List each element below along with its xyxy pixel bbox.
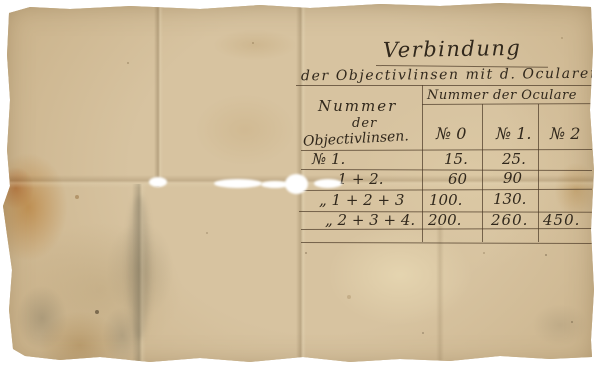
fold-crease-vertical-left-top <box>154 0 163 187</box>
column-header-2: № 2 <box>550 126 580 142</box>
table-line-top <box>296 85 592 86</box>
column-group-header: Nummer der Oculare <box>427 89 577 102</box>
paper-tear <box>314 179 342 188</box>
cell-value: 90 <box>503 171 522 186</box>
row-header-line-1: Nummer <box>318 99 397 114</box>
fold-crease-vertical-right <box>436 226 444 371</box>
cell-value: 450. <box>543 213 580 228</box>
paper-tear <box>214 179 262 188</box>
document-title: Verbindung <box>383 38 522 61</box>
paper-sheet: Verbindung der Objectivlinsen mit d. Ocu… <box>0 0 600 371</box>
scanned-document: Verbindung der Objectivlinsen mit d. Ocu… <box>0 0 600 371</box>
row-label: „ 1 + 2 + 3 <box>319 193 404 208</box>
graphite-smudge <box>128 195 150 340</box>
row-label: „ 2 + 3 + 4. <box>325 213 415 228</box>
paper-tear <box>149 177 167 187</box>
column-header-0: № 0 <box>436 126 466 142</box>
cell-value: 60 <box>448 172 467 187</box>
row-label: № 1. <box>312 152 345 167</box>
table-line-col1 <box>422 85 423 242</box>
cell-value: 25. <box>502 152 526 167</box>
paper-specks <box>0 0 2 2</box>
column-header-1: № 1. <box>496 126 532 142</box>
table-line-col3 <box>538 104 539 242</box>
paper-tear <box>285 174 308 194</box>
table-line-col2 <box>482 104 483 242</box>
cell-value: 130. <box>493 192 526 207</box>
cell-value: 15. <box>444 152 468 167</box>
document-subtitle: der Objectivlinsen mit d. Ocularen <box>301 67 600 84</box>
row-header-line-2: der <box>352 117 377 130</box>
cell-value: 260. <box>491 213 528 228</box>
cell-value: 100. <box>429 193 462 208</box>
cell-value: 200. <box>428 213 461 228</box>
